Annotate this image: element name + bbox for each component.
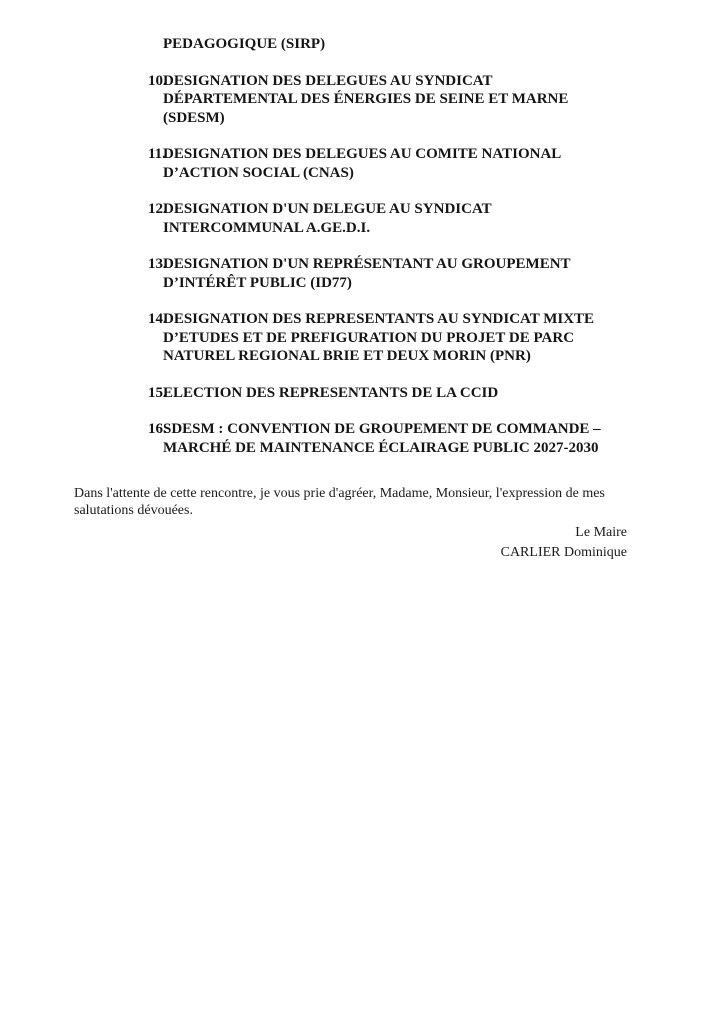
signature-block: Le Maire CARLIER Dominique	[501, 523, 627, 563]
agenda-item: 13.DESIGNATION D'UN REPRÉSENTANT AU GROU…	[148, 255, 618, 292]
agenda-item-line: NATUREL REGIONAL BRIE ET DEUX MORIN (PNR…	[163, 347, 618, 366]
agenda-item-9-continuation: PEDAGOGIQUE (SIRP)	[148, 35, 618, 54]
agenda-item-line: SDESM : CONVENTION DE GROUPEMENT DE COMM…	[163, 420, 618, 439]
agenda-item-line: (SDESM)	[163, 109, 618, 128]
agenda-item: 14.DESIGNATION DES REPRESENTANTS AU SYND…	[148, 310, 618, 366]
agenda-item: 12.DESIGNATION D'UN DELEGUE AU SYNDICATI…	[148, 200, 618, 237]
signature-name: CARLIER Dominique	[501, 543, 627, 563]
agenda-item-number: 10.	[148, 72, 167, 91]
agenda-item-line: D’ETUDES ET DE PREFIGURATION DU PROJET D…	[163, 329, 618, 348]
agenda-item-line: DESIGNATION DES DELEGUES AU COMITE NATIO…	[163, 145, 618, 164]
agenda-item-line: DESIGNATION DES DELEGUES AU SYNDICAT	[163, 72, 618, 91]
agenda-item-line: DESIGNATION D'UN DELEGUE AU SYNDICAT	[163, 200, 618, 219]
document-page: PEDAGOGIQUE (SIRP) 10.DESIGNATION DES DE…	[0, 0, 724, 1024]
agenda-item-line: MARCHÉ DE MAINTENANCE ÉCLAIRAGE PUBLIC 2…	[163, 439, 618, 458]
agenda-item-number: 13.	[148, 255, 167, 274]
agenda-item-number: 16.	[148, 420, 167, 439]
closing-line-2: salutations dévouées.	[74, 502, 634, 519]
agenda-item-number: 12.	[148, 200, 167, 219]
closing-line-1: Dans l'attente de cette rencontre, je vo…	[74, 485, 634, 502]
closing-paragraph: Dans l'attente de cette rencontre, je vo…	[74, 485, 634, 519]
agenda-item: 16.SDESM : CONVENTION DE GROUPEMENT DE C…	[148, 420, 618, 457]
agenda-item-number: 14.	[148, 310, 167, 329]
agenda-item-number: 11.	[148, 145, 166, 164]
agenda-item: 15.ELECTION DES REPRESENTANTS DE LA CCID	[148, 384, 618, 403]
agenda-item-line: D’ACTION SOCIAL (CNAS)	[163, 164, 618, 183]
agenda-item: 10.DESIGNATION DES DELEGUES AU SYNDICATD…	[148, 72, 618, 128]
agenda-item-line: DESIGNATION D'UN REPRÉSENTANT AU GROUPEM…	[163, 255, 618, 274]
agenda-item-line: INTERCOMMUNAL A.GE.D.I.	[163, 219, 618, 238]
agenda-item: 11.DESIGNATION DES DELEGUES AU COMITE NA…	[148, 145, 618, 182]
signature-title: Le Maire	[501, 523, 627, 543]
agenda-item-line: DÉPARTEMENTAL DES ÉNERGIES DE SEINE ET M…	[163, 90, 618, 109]
agenda-list: PEDAGOGIQUE (SIRP) 10.DESIGNATION DES DE…	[148, 35, 618, 475]
agenda-item-line: D’INTÉRÊT PUBLIC (ID77)	[163, 274, 618, 293]
agenda-item-line: DESIGNATION DES REPRESENTANTS AU SYNDICA…	[163, 310, 618, 329]
agenda-item-line: ELECTION DES REPRESENTANTS DE LA CCID	[163, 384, 618, 403]
agenda-item-number: 15.	[148, 384, 167, 403]
